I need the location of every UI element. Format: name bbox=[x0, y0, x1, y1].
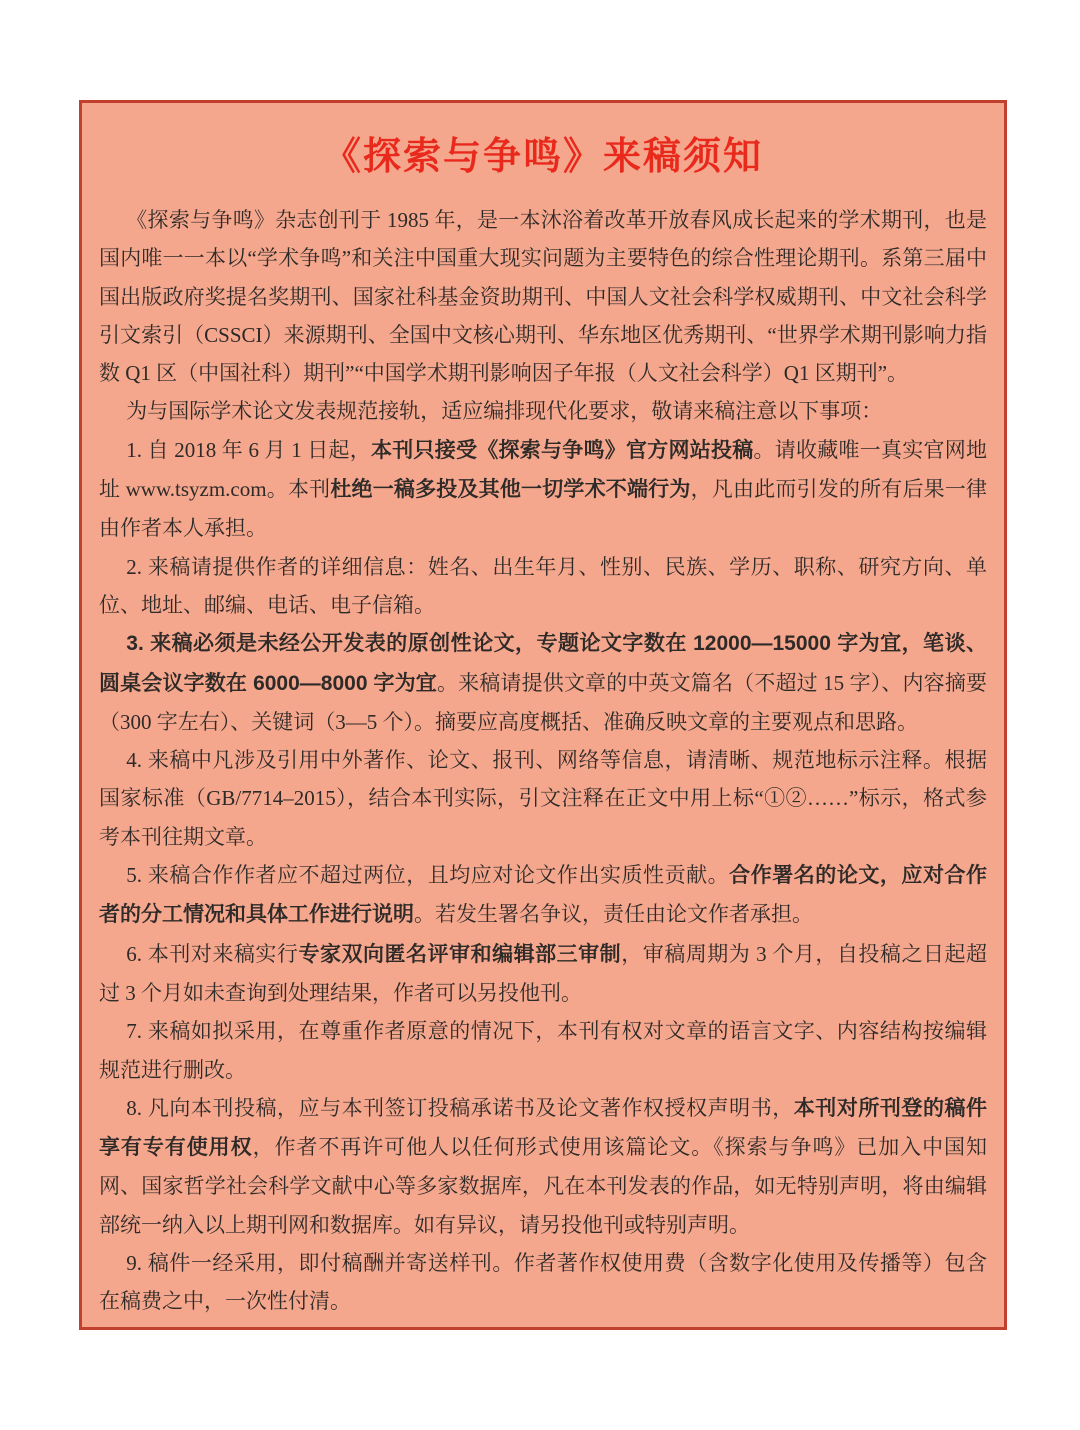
notice-box: 《探索与争鸣》来稿须知 《探索与争鸣》杂志创刊于 1985 年，是一本沐浴着改革… bbox=[79, 100, 1007, 1330]
paragraph: 7. 来稿如拟采用，在尊重作者原意的情况下，本刊有权对文章的语言文字、内容结构按… bbox=[99, 1012, 987, 1089]
paragraph: 为与国际学术论文发表规范接轨，适应编排现代化要求，敬请来稿注意以下事项： bbox=[99, 392, 987, 430]
paragraph: 1. 自 2018 年 6 月 1 日起，本刊只接受《探索与争鸣》官方网站投稿。… bbox=[99, 431, 987, 548]
paragraph: 3. 来稿必须是未经公开发表的原创性论文，专题论文字数在 12000—15000… bbox=[99, 624, 987, 741]
paragraph: 5. 来稿合作作者应不超过两位，且均应对论文作出实质性贡献。合作署名的论文，应对… bbox=[99, 856, 987, 935]
text-run: 《探索与争鸣》杂志创刊于 1985 年，是一本沐浴着改革开放春风成长起来的学术期… bbox=[99, 208, 987, 385]
paragraph: 6. 本刊对来稿实行专家双向匿名评审和编辑部三审制，审稿周期为 3 个月，自投稿… bbox=[99, 935, 987, 1013]
text-run: 9. 稿件一经采用，即付稿酬并寄送样刊。作者著作权使用费（含数字化使用及传播等）… bbox=[99, 1251, 987, 1313]
text-run: 6. 本刊对来稿实行 bbox=[126, 942, 298, 966]
paragraph: 4. 来稿中凡涉及引用中外著作、论文、报刊、网络等信息，请清晰、规范地标示注释。… bbox=[99, 741, 987, 856]
text-run: 4. 来稿中凡涉及引用中外著作、论文、报刊、网络等信息，请清晰、规范地标示注释。… bbox=[99, 748, 987, 849]
text-run: 5. 来稿合作作者应不超过两位，且均应对论文作出实质性贡献。 bbox=[126, 863, 729, 887]
emphasis-text-run: 作品引起版权及其他侵权问题，由论文作者自行解决并承担相关责任 bbox=[99, 1329, 987, 1330]
text-run: 。若发生署名争议，责任由论文作者承担。 bbox=[414, 902, 813, 926]
paragraph: 《探索与争鸣》杂志创刊于 1985 年，是一本沐浴着改革开放春风成长起来的学术期… bbox=[99, 201, 987, 392]
text-run: 10. 本刊不对来稿的版权问题进行考证，如 bbox=[126, 1328, 519, 1330]
notice-title: 《探索与争鸣》来稿须知 bbox=[99, 133, 987, 181]
text-run: 为与国际学术论文发表规范接轨，适应编排现代化要求，敬请来稿注意以下事项： bbox=[126, 399, 882, 423]
emphasis-text-run: 专家双向匿名评审和编辑部三审制 bbox=[298, 943, 621, 966]
paragraph: 8. 凡向本刊投稿，应与本刊签订投稿承诺书及论文著作权授权声明书，本刊对所刊登的… bbox=[99, 1089, 987, 1244]
paragraph: 2. 来稿请提供作者的详细信息：姓名、出生年月、性别、民族、学历、职称、研究方向… bbox=[99, 548, 987, 625]
text-run: 8. 凡向本刊投稿，应与本刊签订投稿承诺书及论文著作权授权声明书， bbox=[126, 1096, 793, 1120]
emphasis-text-run: 本刊只接受《探索与争鸣》官方网站投稿 bbox=[371, 439, 753, 462]
paragraph: 10. 本刊不对来稿的版权问题进行考证，如作品引起版权及其他侵权问题，由论文作者… bbox=[99, 1321, 987, 1330]
emphasis-text-run: 杜绝一稿多投及其他一切学术不端行为 bbox=[330, 478, 690, 501]
text-run: 1. 自 2018 年 6 月 1 日起， bbox=[126, 438, 371, 462]
notice-body: 《探索与争鸣》杂志创刊于 1985 年，是一本沐浴着改革开放春风成长起来的学术期… bbox=[99, 201, 987, 1330]
paragraph: 9. 稿件一经采用，即付稿酬并寄送样刊。作者著作权使用费（含数字化使用及传播等）… bbox=[99, 1244, 987, 1321]
text-run: 2. 来稿请提供作者的详细信息：姓名、出生年月、性别、民族、学历、职称、研究方向… bbox=[99, 555, 987, 617]
text-run: 7. 来稿如拟采用，在尊重作者原意的情况下，本刊有权对文章的语言文字、内容结构按… bbox=[99, 1019, 987, 1081]
